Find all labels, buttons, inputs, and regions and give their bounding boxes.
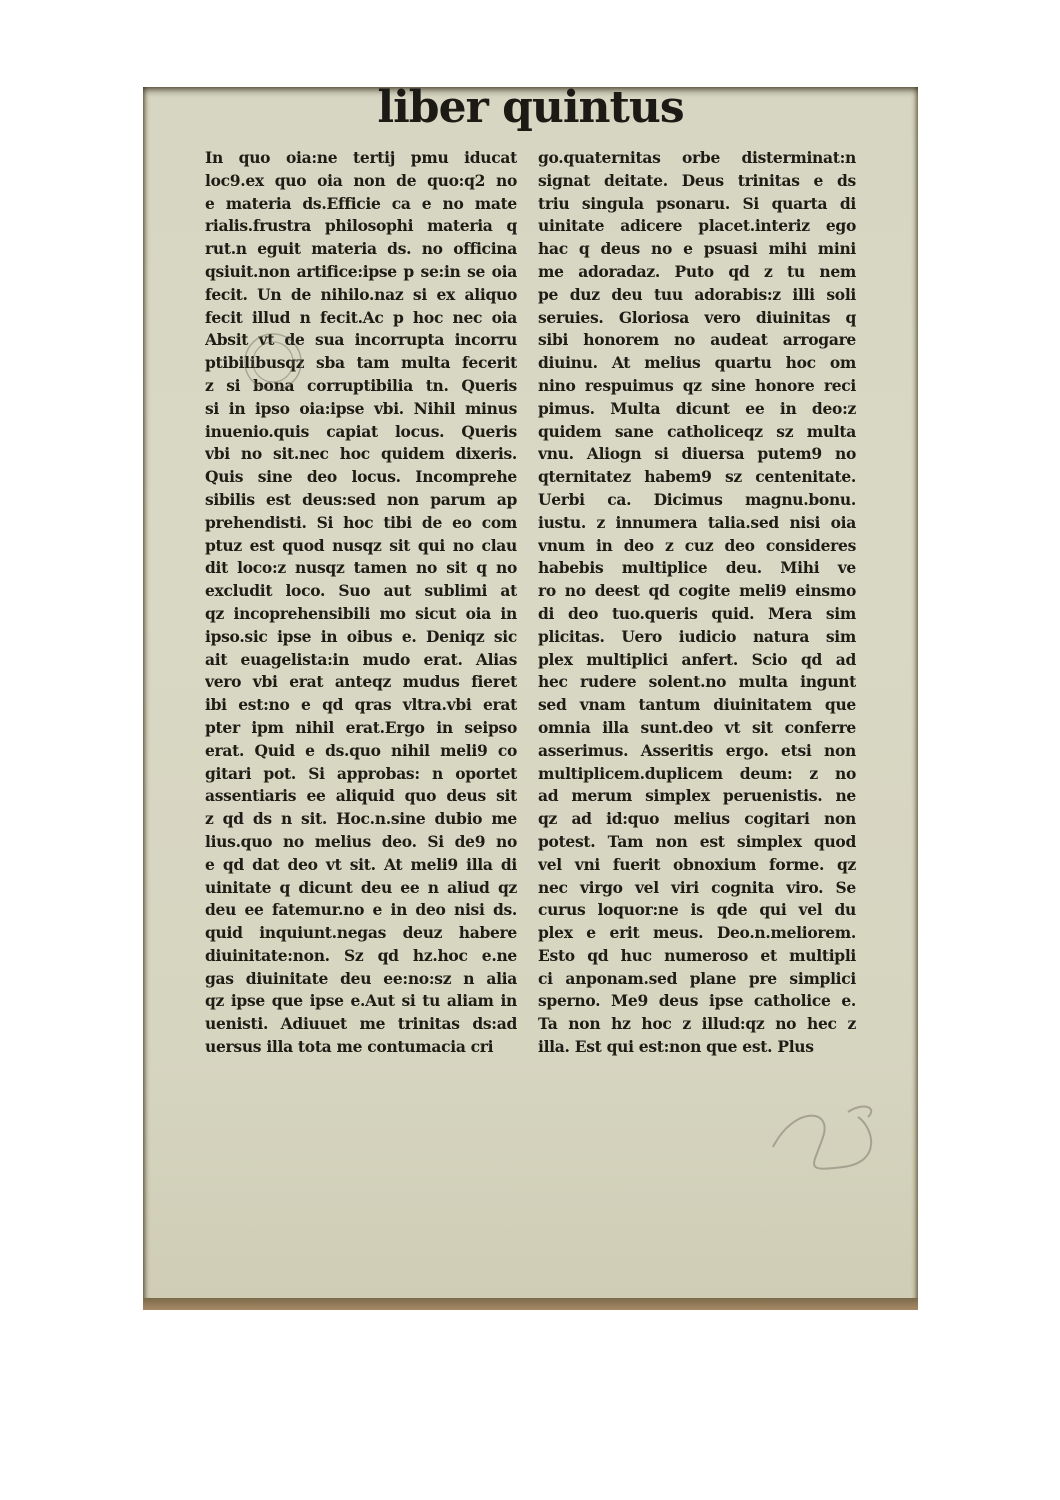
text-line: Quis sine deo locus. Incomprehe [205,466,517,489]
text-line: ptuz est quod nusqz sit qui no clau [205,535,517,558]
text-line: Esto qd huc numeroso et multipli [538,945,856,968]
text-line: uenisti. Adiuuet me trinitas ds:ad [205,1013,517,1036]
text-line: Uerbi ca. Dicimus magnu.bonu. [538,489,856,512]
text-line: me adoradaz. Puto qd z tu nem [538,261,856,284]
text-line: illa. Est qui est:non que est. Plus [538,1036,856,1059]
text-line: In quo oia:ne tertij pmu iducat [205,147,517,170]
text-line: ibi est:no e qd qras vltra.vbi erat [205,694,517,717]
text-line: ro no deest qd cogite meli9 einsmo [538,580,856,603]
text-line: triu singula psonaru. Si quarta di [538,193,856,216]
text-line: ci anponam.sed plane pre simplici [538,968,856,991]
text-line: erat. Quid e ds.quo nihil meli9 co [205,740,517,763]
text-line: pe duz deu tuu adorabis:z illi soli [538,284,856,307]
running-head: liber quintus [143,83,918,133]
text-line: uinitate q dicunt deu ee n aliud qz [205,877,517,900]
text-line: qz ipse que ipse e.Aut si tu aliam in [205,990,517,1013]
text-line: signat deitate. Deus trinitas e ds [538,170,856,193]
text-line: nec virgo vel viri cognita viro. Se [538,877,856,900]
text-line: go.quaternitas orbe disterminat:n [538,147,856,170]
text-line: rialis.frustra philosophi materia q [205,215,517,238]
text-line: asserimus. Asseritis ergo. etsi non [538,740,856,763]
decorative-pen-flourish-icon [763,1087,883,1177]
text-line: sibi honorem no audeat arrogare [538,329,856,352]
text-line: uinitate adicere placet.interiz ego [538,215,856,238]
text-line: gas diuinitate deu ee:no:sz n alia [205,968,517,991]
text-line: plicitas. Uero iudicio natura sim [538,626,856,649]
text-line: Absit vt de sua incorrupta incorru [205,329,517,352]
text-line: quidem sane catholiceqz sz multa [538,421,856,444]
text-line: ait euagelista:in mudo erat. Alias [205,649,517,672]
text-line: loc9.ex quo oia non de quo:q2 no [205,170,517,193]
text-line: e materia ds.Efficie ca e no mate [205,193,517,216]
text-line: hec rudere solent.no multa ingunt [538,671,856,694]
text-line: prehendisti. Si hoc tibi de eo com [205,512,517,535]
text-line: omnia illa sunt.deo vt sit conferre [538,717,856,740]
text-line: nino respuimus qz sine honore reci [538,375,856,398]
text-line: sperno. Me9 deus ipse catholice e. [538,990,856,1013]
text-line: sed vnam tantum diuinitatem que [538,694,856,717]
text-line: sibilis est deus:sed non parum ap [205,489,517,512]
text-line: ptibilibusqz sba tam multa fecerit [205,352,517,375]
text-line: qz incoprehensibili mo sicut oia in [205,603,517,626]
book-page: liber quintus In quo oia:ne tertij pmu i… [143,87,918,1300]
text-line: qternitatez habem9 sz centenitate. [538,466,856,489]
text-line: ad merum simplex peruenistis. ne [538,785,856,808]
text-line: z qd ds n sit. Hoc.n.sine dubio me [205,808,517,831]
text-line: vbi no sit.nec hoc quidem dixeris. [205,443,517,466]
text-line: hac q deus no e psuasi mihi mini [538,238,856,261]
text-line: multiplicem.duplicem deum: z no [538,763,856,786]
text-line: fecit. Un de nihilo.naz si ex aliquo [205,284,517,307]
text-line: inuenio.quis capiat locus. Queris [205,421,517,444]
text-line: deu ee fatemur.no e in deo nisi ds. [205,899,517,922]
text-line: Ta non hz hoc z illud:qz no hec z [538,1013,856,1036]
text-line: plex multiplici anfert. Scio qd ad [538,649,856,672]
text-line: excludit loco. Suo aut sublimi at [205,580,517,603]
text-line: assentiaris ee aliquid quo deus sit [205,785,517,808]
text-line: curus loquor:ne is qde qui vel du [538,899,856,922]
text-line: pter ipm nihil erat.Ergo in seipso [205,717,517,740]
text-line: gitari pot. Si approbas: n oportet [205,763,517,786]
text-line: uersus illa tota me contumacia cri [205,1036,517,1059]
text-line: vero vbi erat anteqz mudus fieret [205,671,517,694]
text-line: qsiuit.non artifice:ipse p se:in se oia [205,261,517,284]
text-line: rut.n eguit materia ds. no officina [205,238,517,261]
text-line: diuinitate:non. Sz qd hz.hoc e.ne [205,945,517,968]
text-line: fecit illud n fecit.Ac p hoc nec oia [205,307,517,330]
text-line: vnu. Aliogn si diuersa putem9 no [538,443,856,466]
text-line: habebis multiplice deu. Mihi ve [538,557,856,580]
text-column-left: In quo oia:ne tertij pmu iducatloc9.ex q… [205,147,517,1059]
text-line: z si bona corruptibilia tn. Queris [205,375,517,398]
text-line: e qd dat deo vt sit. At meli9 illa di [205,854,517,877]
text-line: di deo tuo.queris quid. Mera sim [538,603,856,626]
text-line: dit loco:z nusqz tamen no sit q no [205,557,517,580]
text-line: lius.quo no melius deo. Si de9 no [205,831,517,854]
text-line: qz ad id:quo melius cogitari non [538,808,856,831]
text-line: vel vni fuerit obnoxium forme. qz [538,854,856,877]
text-line: pimus. Multa dicunt ee in deo:z [538,398,856,421]
text-line: plex e erit meus. Deo.n.meliorem. [538,922,856,945]
text-line: quid inquiunt.negas deuz habere [205,922,517,945]
text-line: seruies. Gloriosa vero diuinitas q [538,307,856,330]
text-line: si in ipso oia:ipse vbi. Nihil minus [205,398,517,421]
text-line: potest. Tam non est simplex quod [538,831,856,854]
text-line: iustu. z innumera talia.sed nisi oia [538,512,856,535]
text-line: vnum in deo z cuz deo consideres [538,535,856,558]
text-column-right: go.quaternitas orbe disterminat:nsignat … [538,147,856,1059]
text-line: ipso.sic ipse in oibus e. Deniqz sic [205,626,517,649]
text-line: diuinu. At melius quartu hoc om [538,352,856,375]
